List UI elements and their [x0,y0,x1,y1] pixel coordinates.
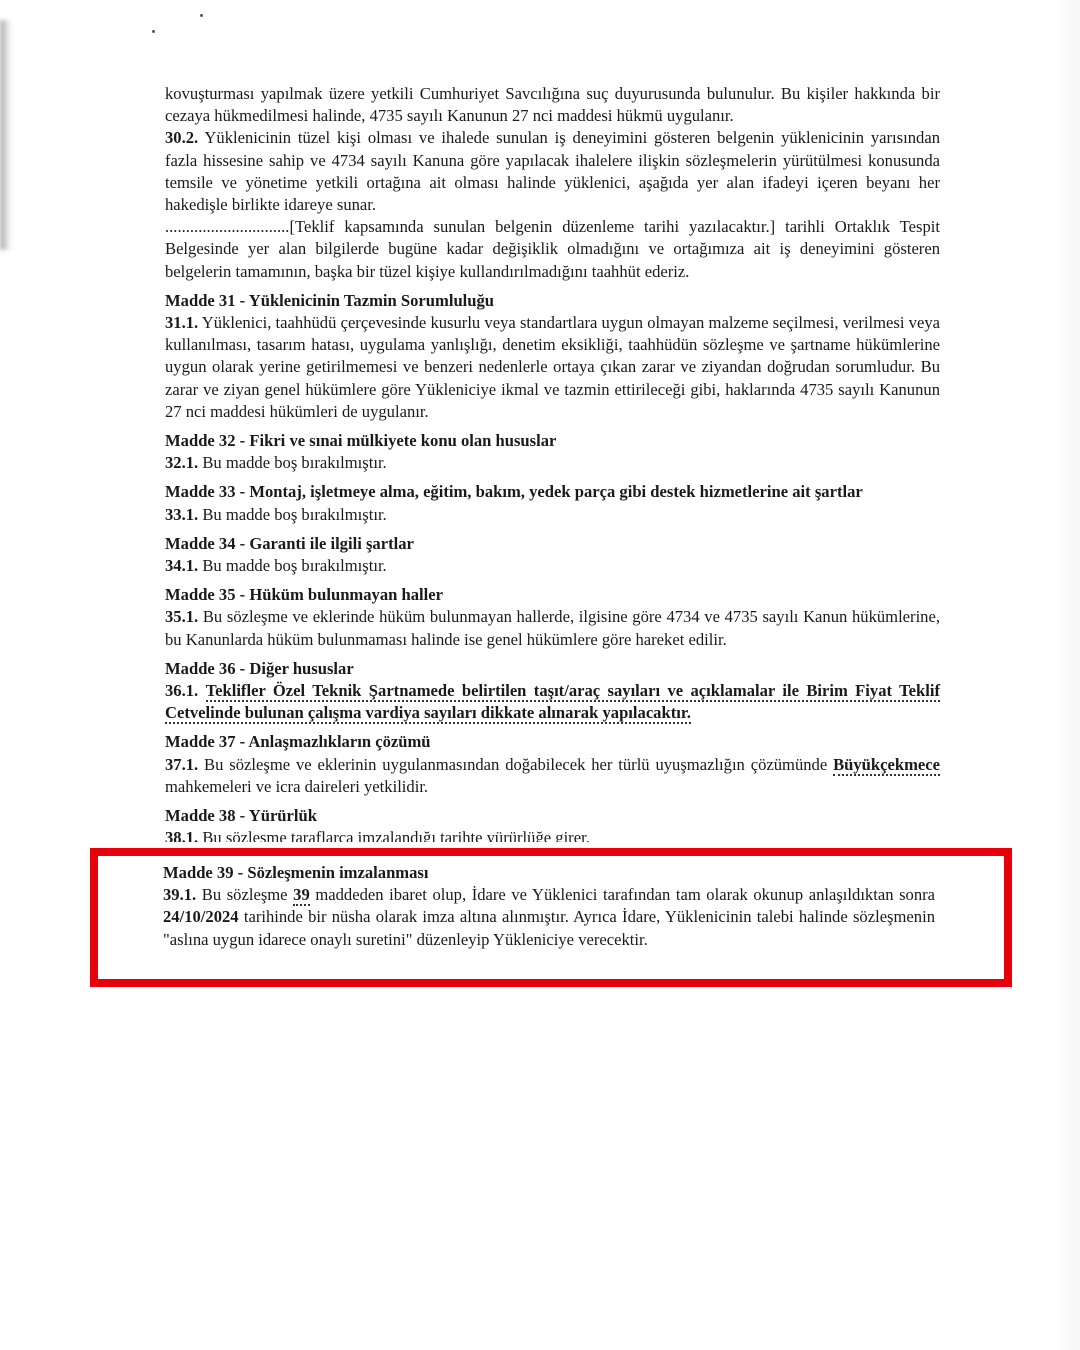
clause-30-2: 30.2. Yüklenicinin tüzel kişi olması ve … [165,127,940,216]
clause-text-underlined: Teklifler Özel Teknik Şartnamede belirti… [165,681,940,724]
clause-text: Bu sözleşme ve eklerinde hüküm bulunmaya… [165,607,940,648]
article-heading-36: Madde 36 - Diğer hususlar [165,658,940,680]
clause-number: 31.1. [165,313,198,332]
clause-33-1: 33.1. Bu madde boş bırakılmıştır. [165,504,940,526]
scan-right-fade [1050,0,1080,1350]
document-page: kovuşturması yapılmak üzere yetkili Cumh… [165,83,940,842]
article-heading-35: Madde 35 - Hüküm bulunmayan haller [165,584,940,606]
clause-text: Yüklenici, taahhüdü çerçevesinde kusurlu… [165,313,940,421]
clause-text: mahkemeleri ve icra daireleri yetkilidir… [165,777,428,796]
clause-35-1: 35.1. Bu sözleşme ve eklerinde hüküm bul… [165,606,940,650]
clause-number: 38.1. [165,828,198,842]
clause-39-1: 39.1. Bu sözleşme 39 maddeden ibaret olu… [163,884,935,951]
clause-38-1: 38.1. Bu sözleşme taraflarca imzalandığı… [165,827,940,842]
clause-36-1: 36.1. Teklifler Özel Teknik Şartnamede b… [165,680,940,724]
clause-37-1: 37.1. Bu sözleşme ve eklerinin uygulanma… [165,754,940,798]
article-heading-31: Madde 31 - Yüklenicinin Tazmin Sorumlulu… [165,290,940,312]
clause-text: tarihinde bir nüsha olarak imza altına a… [163,907,935,948]
clause-30-2-statement: ..............................[Teklif ka… [165,216,940,283]
clause-text: Bu madde boş bırakılmıştır. [202,453,386,472]
court-location: Büyükçekmece [833,755,940,776]
article-count: 39 [293,885,310,906]
clause-text: Yüklenicinin tüzel kişi olması ve ihaled… [165,128,940,214]
clause-text: Bu madde boş bırakılmıştır. [202,505,386,524]
article-heading-33: Madde 33 - Montaj, işletmeye alma, eğiti… [165,481,940,503]
clause-32-1: 32.1. Bu madde boş bırakılmıştır. [165,452,940,474]
scan-edge-shadow [0,20,14,250]
scan-speck [152,30,155,33]
scan-speck [200,14,203,17]
clause-number: 36.1. [165,681,198,700]
article-heading-38: Madde 38 - Yürürlük [165,805,940,827]
clause-number: 30.2. [165,128,198,147]
clause-number: 34.1. [165,556,198,575]
clause-number: 37.1. [165,755,198,774]
highlighted-article: Madde 39 - Sözleşmenin imzalanması 39.1.… [163,862,935,951]
clause-number: 33.1. [165,505,198,524]
clause-text: maddeden ibaret olup, İdare ve Yüklenici… [315,885,935,904]
clause-number: 32.1. [165,453,198,472]
clause-text: Bu sözleşme taraflarca imzalandığı tarih… [202,828,590,842]
clause-34-1: 34.1. Bu madde boş bırakılmıştır. [165,555,940,577]
article-heading-32: Madde 32 - Fikri ve sınai mülkiyete konu… [165,430,940,452]
signing-date: 24/10/2024 [163,907,239,926]
clause-number: 39.1. [163,885,196,904]
clause-text: Bu sözleşme [202,885,288,904]
clause-31-1: 31.1. Yüklenici, taahhüdü çerçevesinde k… [165,312,940,423]
intro-paragraph: kovuşturması yapılmak üzere yetkili Cumh… [165,83,940,127]
article-heading-34: Madde 34 - Garanti ile ilgili şartlar [165,533,940,555]
clause-text: Bu sözleşme ve eklerinin uygulanmasından… [204,755,827,774]
article-heading-37: Madde 37 - Anlaşmazlıkların çözümü [165,731,940,753]
article-heading-39: Madde 39 - Sözleşmenin imzalanması [163,862,935,884]
clause-number: 35.1. [165,607,198,626]
clause-text: Bu madde boş bırakılmıştır. [202,556,386,575]
